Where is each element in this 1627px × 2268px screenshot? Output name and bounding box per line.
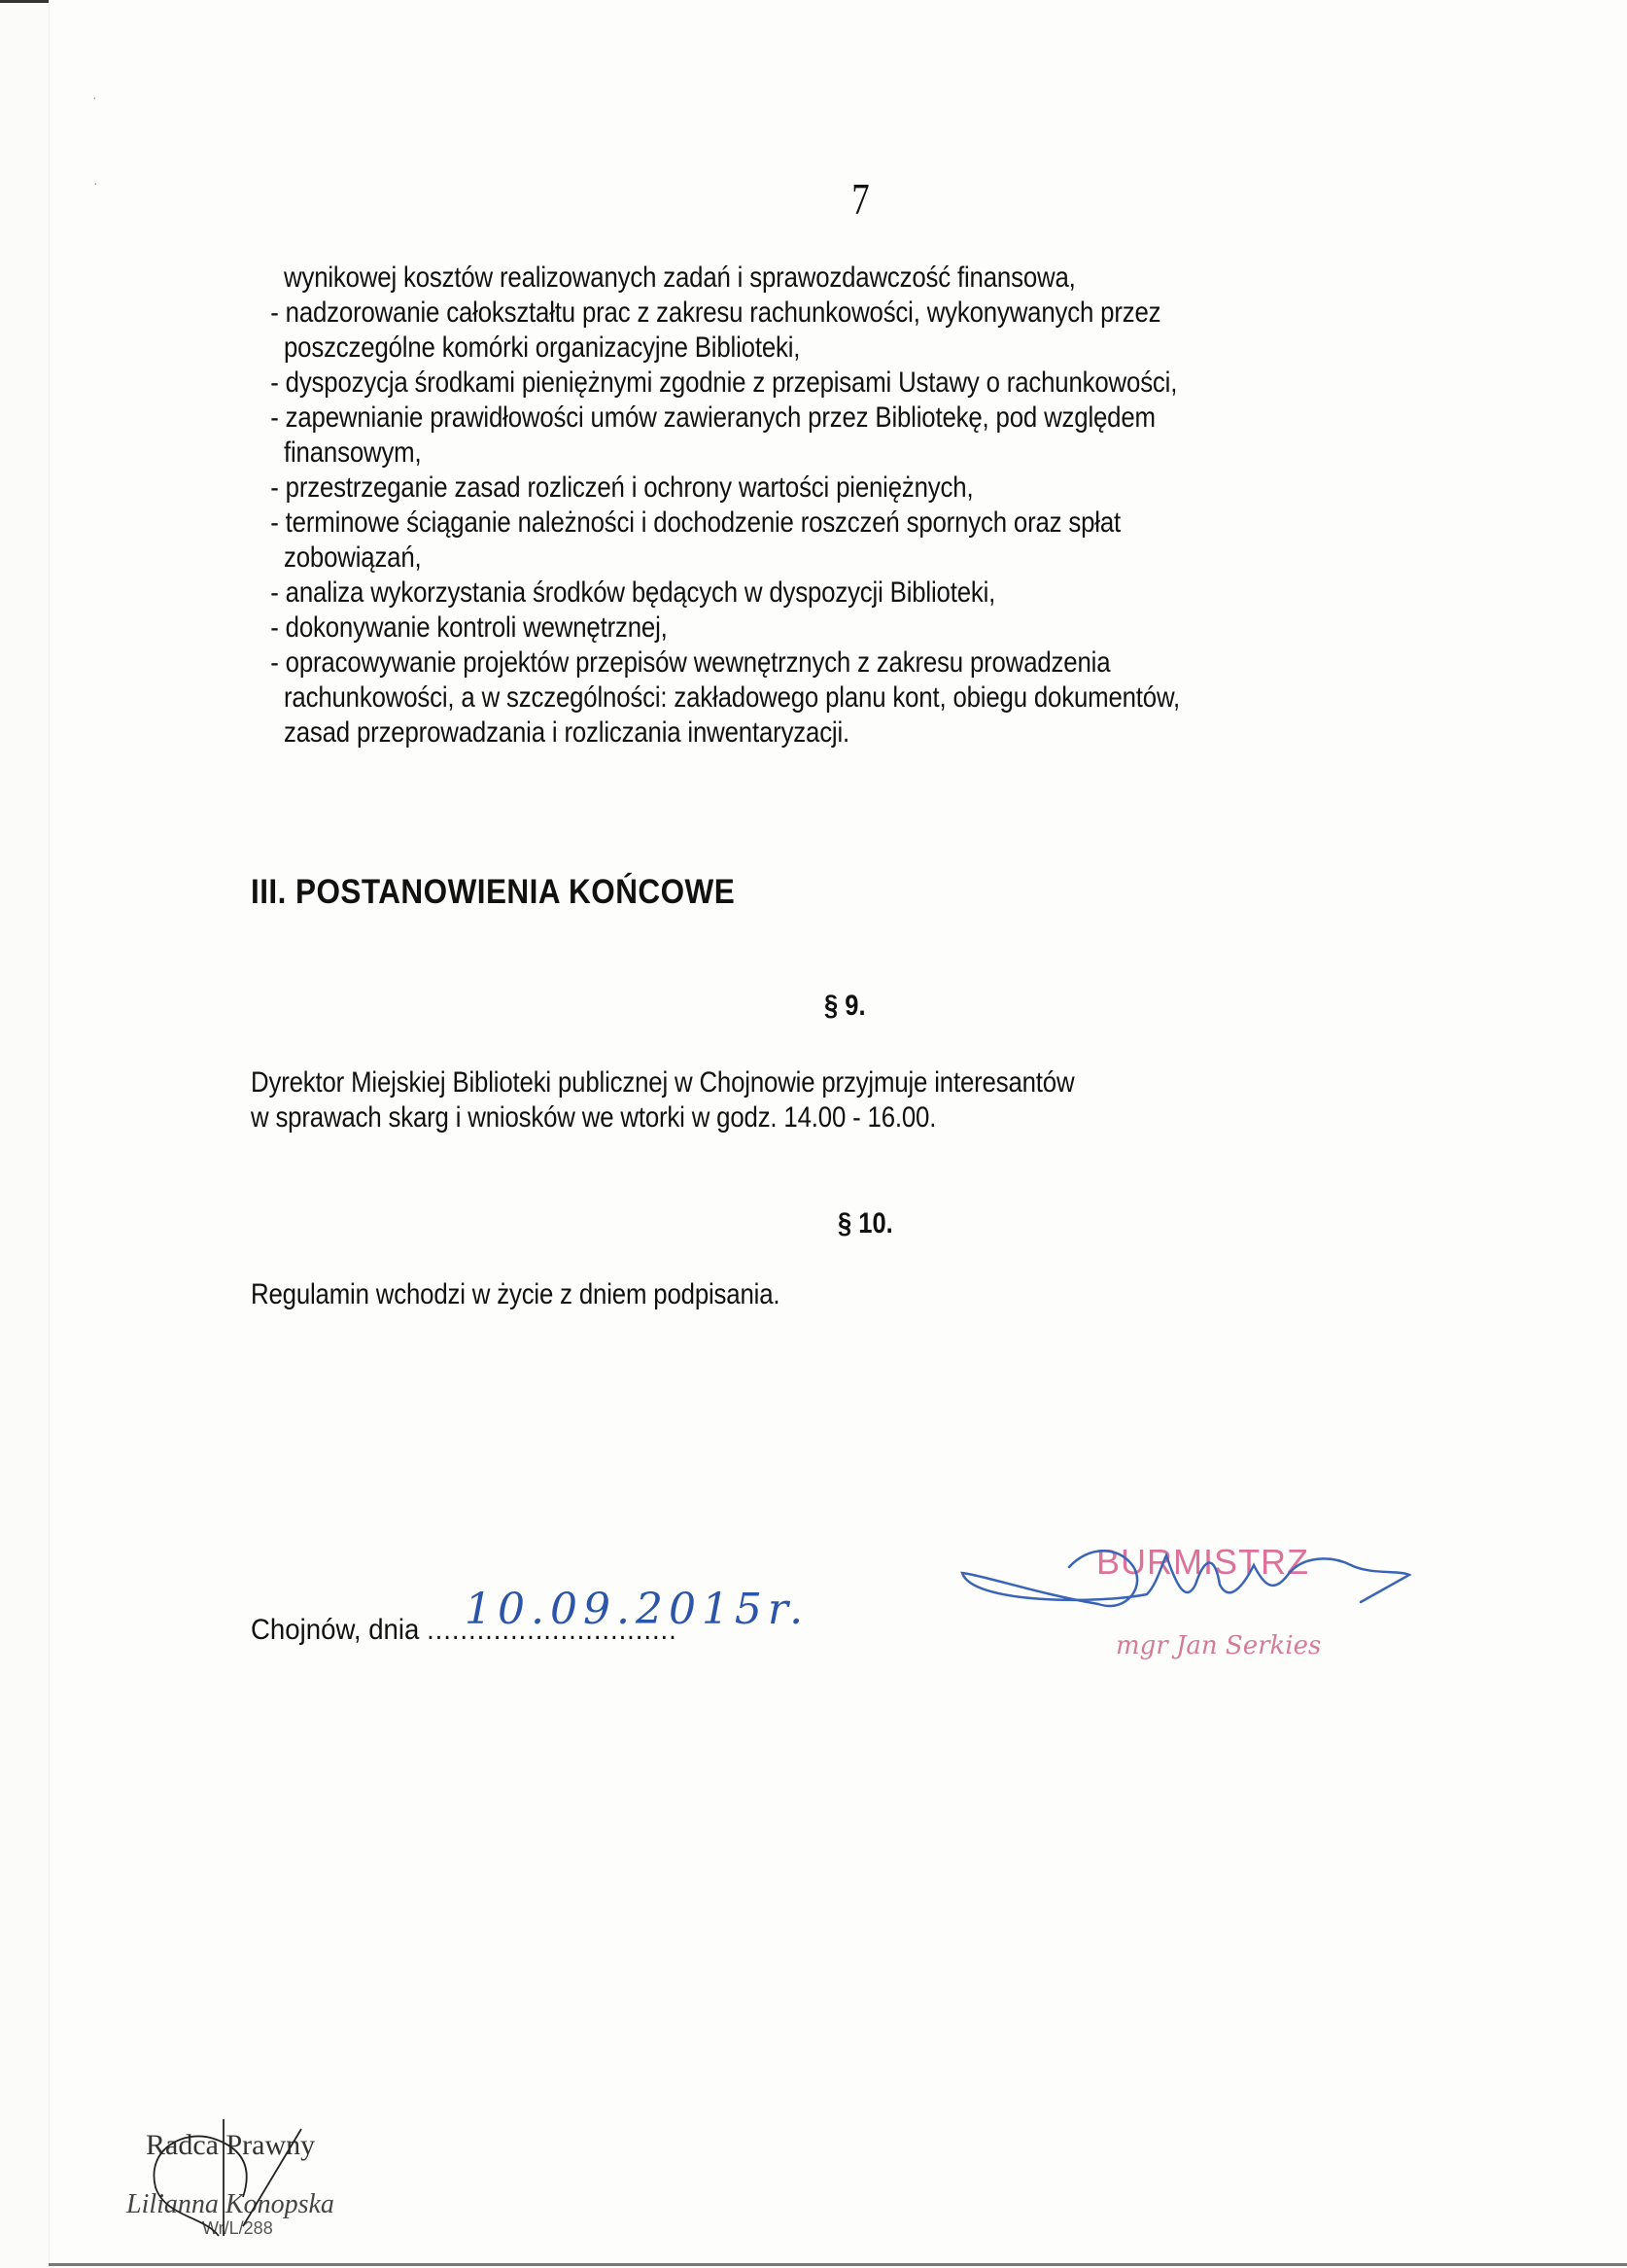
list-item: - przestrzeganie zasad rozliczeń i ochro… xyxy=(284,471,1180,506)
scan-edge-bottom xyxy=(49,2263,1627,2266)
scan-margin xyxy=(0,0,50,2268)
mayor-stamp-name: mgr Jan Serkies xyxy=(1116,1631,1321,1660)
list-item: - opracowywanie projektów przepisów wewn… xyxy=(284,646,1180,750)
mayor-signature-icon xyxy=(952,1526,1419,1633)
list-line: - opracowywanie projektów przepisów wewn… xyxy=(270,646,1180,680)
list-line: - przestrzeganie zasad rozliczeń i ochro… xyxy=(270,471,1180,506)
list-item: - analiza wykorzystania środków będących… xyxy=(284,576,1180,611)
place-date-label: Chojnów, dnia xyxy=(251,1614,419,1646)
list-line: finansowym, xyxy=(284,436,1180,471)
list-item: - zapewnianie prawidłowości umów zawiera… xyxy=(284,401,1180,471)
list-item: - terminowe ściąganie należności i docho… xyxy=(284,506,1180,576)
scan-speck: · xyxy=(92,89,97,105)
paragraph-9-text: Dyrektor Miejskiej Biblioteki publicznej… xyxy=(251,1065,1074,1135)
scan-edge-top xyxy=(0,0,49,3)
handwritten-date: 10.09.2015r. xyxy=(465,1585,809,1634)
paragraph-line: Regulamin wchodzi w życie z dniem podpis… xyxy=(251,1277,779,1312)
list-line: zobowiązań, xyxy=(284,541,1180,576)
duties-list: wynikowej kosztów realizowanych zadań i … xyxy=(284,261,1180,750)
list-line: wynikowej kosztów realizowanych zadań i … xyxy=(284,261,1180,296)
paragraph-mark-10: § 10. xyxy=(838,1207,893,1240)
list-item: - dokonywanie kontroli wewnętrznej, xyxy=(284,611,1180,646)
list-line: - nadzorowanie całokształtu prac z zakre… xyxy=(270,296,1180,331)
list-line: poszczególne komórki organizacyjne Bibli… xyxy=(284,331,1180,366)
list-item: wynikowej kosztów realizowanych zadań i … xyxy=(284,261,1180,296)
list-line: rachunkowości, a w szczególności: zakład… xyxy=(284,680,1180,715)
list-line: zasad przeprowadzania i rozliczania inwe… xyxy=(284,715,1180,750)
list-line: - terminowe ściąganie należności i docho… xyxy=(270,506,1180,541)
list-line: - dyspozycja środkami pieniężnymi zgodni… xyxy=(270,366,1180,401)
paragraph-mark-9: § 9. xyxy=(824,990,866,1023)
paragraph-10-text: Regulamin wchodzi w życie z dniem podpis… xyxy=(251,1277,779,1312)
legal-counsel-stamp: Radca Prawny Lilianna Konopska Wr/L/288 xyxy=(126,2110,418,2255)
list-line: - dokonywanie kontroli wewnętrznej, xyxy=(270,611,1180,646)
paragraph-line: w sprawach skarg i wniosków we wtorki w … xyxy=(251,1100,1074,1135)
scan-speck: · xyxy=(93,175,98,191)
legal-counsel-signature-icon xyxy=(126,2110,418,2255)
list-line: - analiza wykorzystania środków będących… xyxy=(270,576,1180,611)
paragraph-line: Dyrektor Miejskiej Biblioteki publicznej… xyxy=(251,1065,1074,1100)
list-line: - zapewnianie prawidłowości umów zawiera… xyxy=(270,401,1180,436)
list-item: - nadzorowanie całokształtu prac z zakre… xyxy=(284,296,1180,366)
list-item: - dyspozycja środkami pieniężnymi zgodni… xyxy=(284,366,1180,401)
page-number: 7 xyxy=(851,173,869,225)
section-heading: III. POSTANOWIENIA KOŃCOWE xyxy=(251,873,735,912)
